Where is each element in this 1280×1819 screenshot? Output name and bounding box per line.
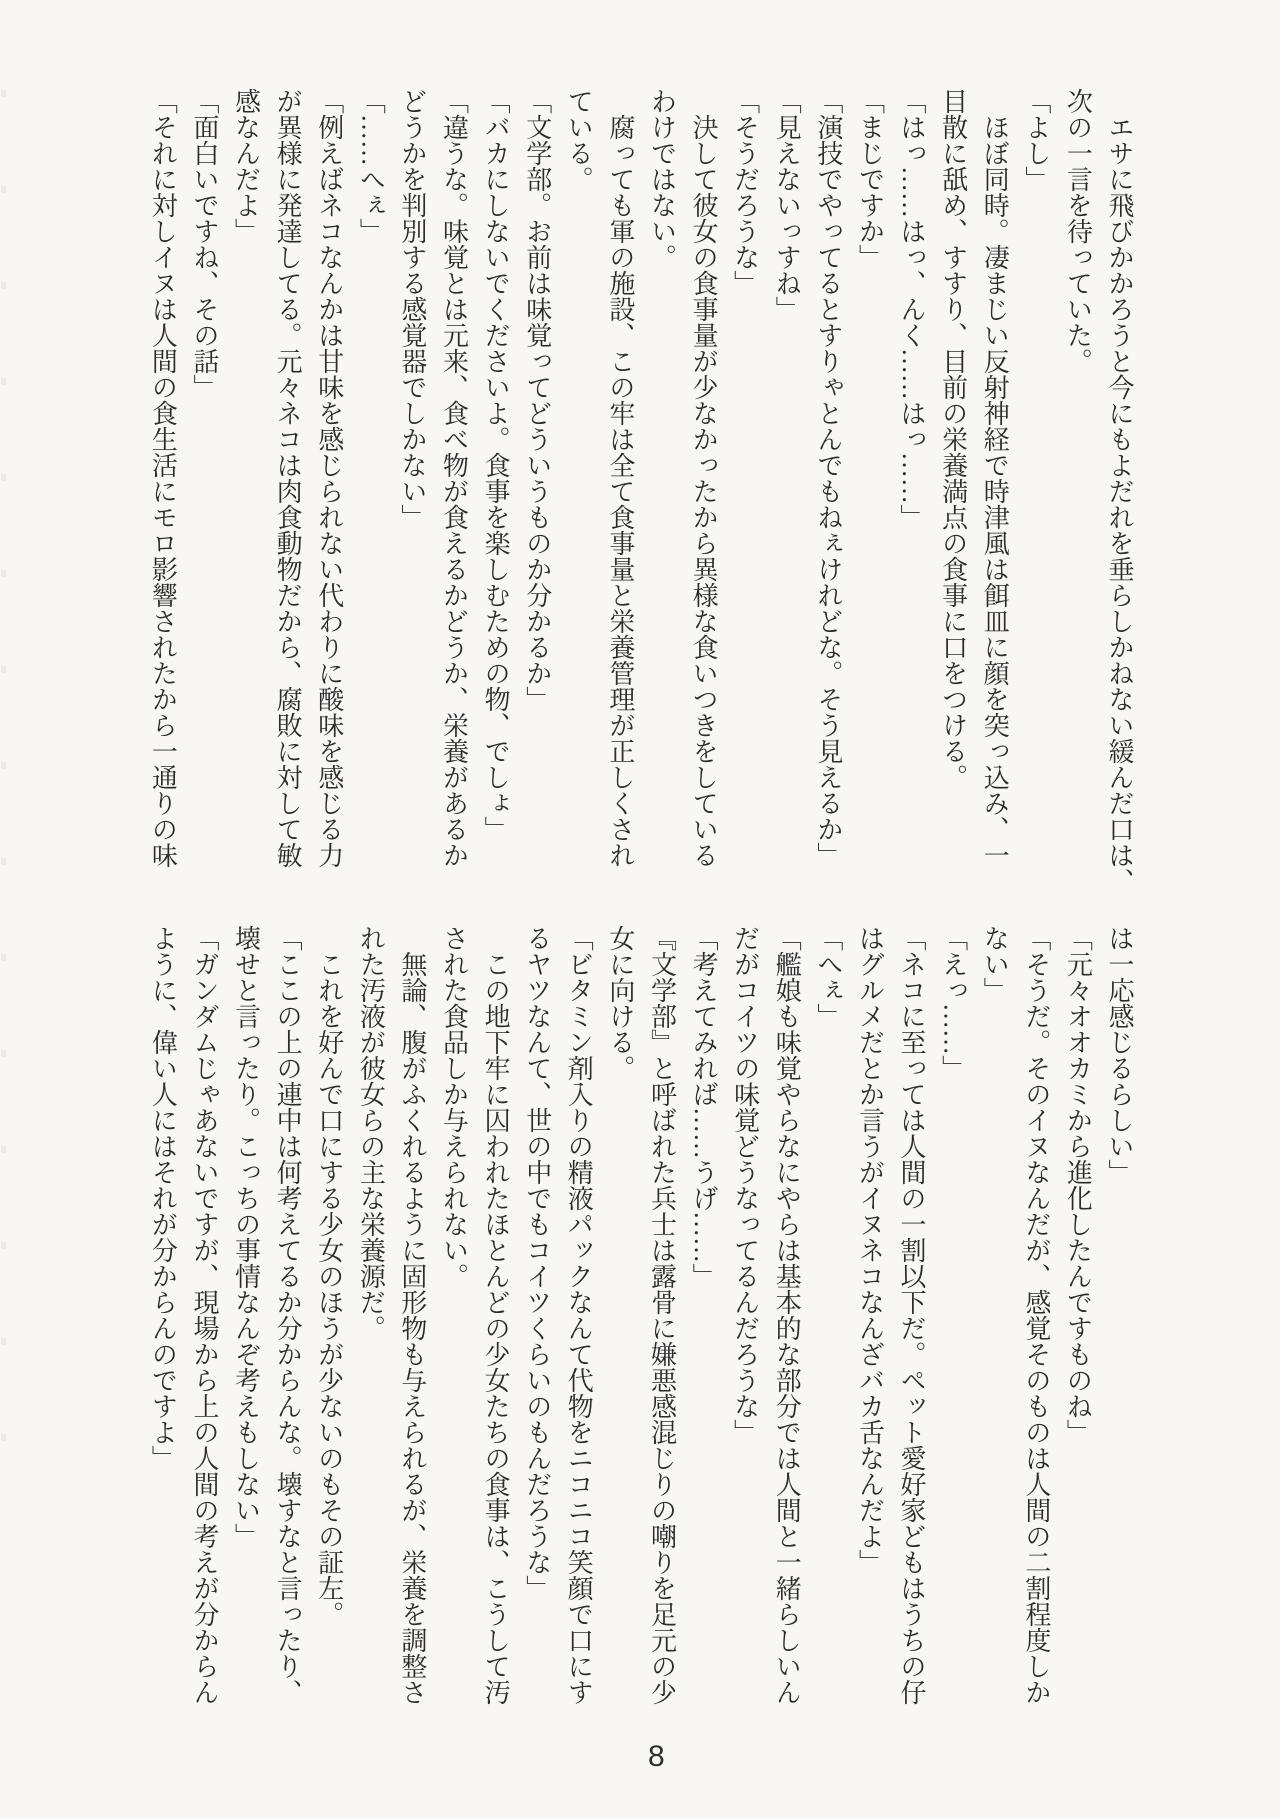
text-column: るヤツなんて、世の中でもコイツくらいのもんだろうな」 xyxy=(516,925,558,1705)
text-column: 「違うな。味覚とは元来、食べ物が食えるかどうか、栄養があるか xyxy=(433,88,475,894)
text-column: 「へぇ」 xyxy=(807,925,849,1705)
text-column: 「それに対しイヌは人間の食生活にモロ影響されたから一通りの味 xyxy=(142,88,184,894)
text-column: ない」 xyxy=(974,925,1016,1705)
text-column: 「艦娘も味覚やらなにやらは基本的な部分では人間と一緒らしいん xyxy=(766,925,808,1705)
text-block-bottom: は一応感じるらしい」 「元々オオカミから進化したんですものね」 「そうだ。そのイ… xyxy=(142,925,1140,1705)
text-column: 「ガンダムじゃあないですが、現場から上の人間の考えが分からん xyxy=(183,925,225,1705)
text-column: 「ここの上の連中は何考えてるか分からんな。壊すなと言ったり、 xyxy=(267,925,309,1705)
text-block-top: エサに飛びかかろうと今にもよだれを垂らしかねない緩んだ口は、 次の一言を待ってい… xyxy=(142,88,1140,894)
text-column: は一応感じるらしい」 xyxy=(1098,925,1140,1705)
scan-noise-left-edge xyxy=(1,90,6,1510)
text-column: はグルメだとか言うがイヌネコなんざバカ舌なんだよ」 xyxy=(849,925,891,1705)
text-column: 「えっ……」 xyxy=(932,925,974,1705)
text-column: だがコイツの味覚どうなってるんだろうな」 xyxy=(724,925,766,1705)
text-column: が異様に発達してる。元々ネコは肉食動物だから、腐敗に対して敏 xyxy=(267,88,309,894)
text-column: 「文学部。お前は味覚ってどういうものか分かるか」 xyxy=(516,88,558,894)
text-column: ている。 xyxy=(558,88,600,894)
text-column: 壊せと言ったり。こっちの事情なんぞ考えもしない」 xyxy=(225,925,267,1705)
text-column: 無論、腹がふくれるように固形物も与えられるが、栄養を調整さ xyxy=(391,925,433,1705)
text-column: どうかを判別する感覚器でしかない」 xyxy=(391,88,433,894)
text-column: ように、偉い人にはそれが分からんのですよ」 xyxy=(142,925,184,1705)
text-column: 「まじですか」 xyxy=(849,88,891,894)
text-column: 「見えないっすね」 xyxy=(766,88,808,894)
text-column: 「元々オオカミから進化したんですものね」 xyxy=(1057,925,1099,1705)
text-column: 「演技でやってるとすりゃとんでもねぇけれどな。そう見えるか」 xyxy=(807,88,849,894)
text-column: 女に向ける。 xyxy=(599,925,641,1705)
text-column: 腐っても軍の施設、この牢は全て食事量と栄養管理が正しくされ xyxy=(599,88,641,894)
text-column: エサに飛びかかろうと今にもよだれを垂らしかねない緩んだ口は、 xyxy=(1098,88,1140,894)
text-column: 「ネコに至っては人間の一割以下だ。ペット愛好家どもはうちの仔 xyxy=(890,925,932,1705)
text-column: れた汚液が彼女らの主な栄養源だ。 xyxy=(350,925,392,1705)
text-column: 「例えばネコなんかは甘味を感じられない代わりに酸味を感じる力 xyxy=(308,88,350,894)
text-column: ほぼ同時。凄まじい反射神経で時津風は餌皿に顔を突っ込み、一 xyxy=(974,88,1016,894)
text-column: 「面白いですね、その話」 xyxy=(183,88,225,894)
text-column: 「ビタミン剤入りの精液パックなんて代物をニコニコ笑顔で口にす xyxy=(558,925,600,1705)
page-number: 8 xyxy=(648,1740,665,1774)
text-column: 「そうだ。そのイヌなんだが、感覚そのものは人間の二割程度しか xyxy=(1015,925,1057,1705)
text-column: 「考えてみれば……うげ……」 xyxy=(682,925,724,1705)
novel-page: エサに飛びかかろうと今にもよだれを垂らしかねない緩んだ口は、 次の一言を待ってい… xyxy=(0,0,1280,1819)
text-column: この地下牢に囚われたほとんどの少女たちの食事は、こうして汚 xyxy=(475,925,517,1705)
text-column: 「そうだろうな」 xyxy=(724,88,766,894)
text-column: 『文学部』と呼ばれた兵士は露骨に嫌悪感混じりの嘲りを足元の少 xyxy=(641,925,683,1705)
text-column: わけではない。 xyxy=(641,88,683,894)
text-column: 決して彼女の食事量が少なかったから異様な食いつきをしている xyxy=(682,88,724,894)
text-column: 目散に舐め、すすり、目前の栄養満点の食事に口をつける。 xyxy=(932,88,974,894)
text-column: 「よし」 xyxy=(1015,88,1057,894)
text-column: された食品しか与えられない。 xyxy=(433,925,475,1705)
text-column: 感なんだよ」 xyxy=(225,88,267,894)
text-column: 「バカにしないでくださいよ。食事を楽しむための物、でしょ」 xyxy=(475,88,517,894)
text-column: これを好んで口にする少女のほうが少ないのもその証左。 xyxy=(308,925,350,1705)
text-column: 「……へぇ」 xyxy=(350,88,392,894)
text-column: 次の一言を待っていた。 xyxy=(1057,88,1099,894)
text-column: 「はっ……はっ、んく……はっ……」 xyxy=(890,88,932,894)
